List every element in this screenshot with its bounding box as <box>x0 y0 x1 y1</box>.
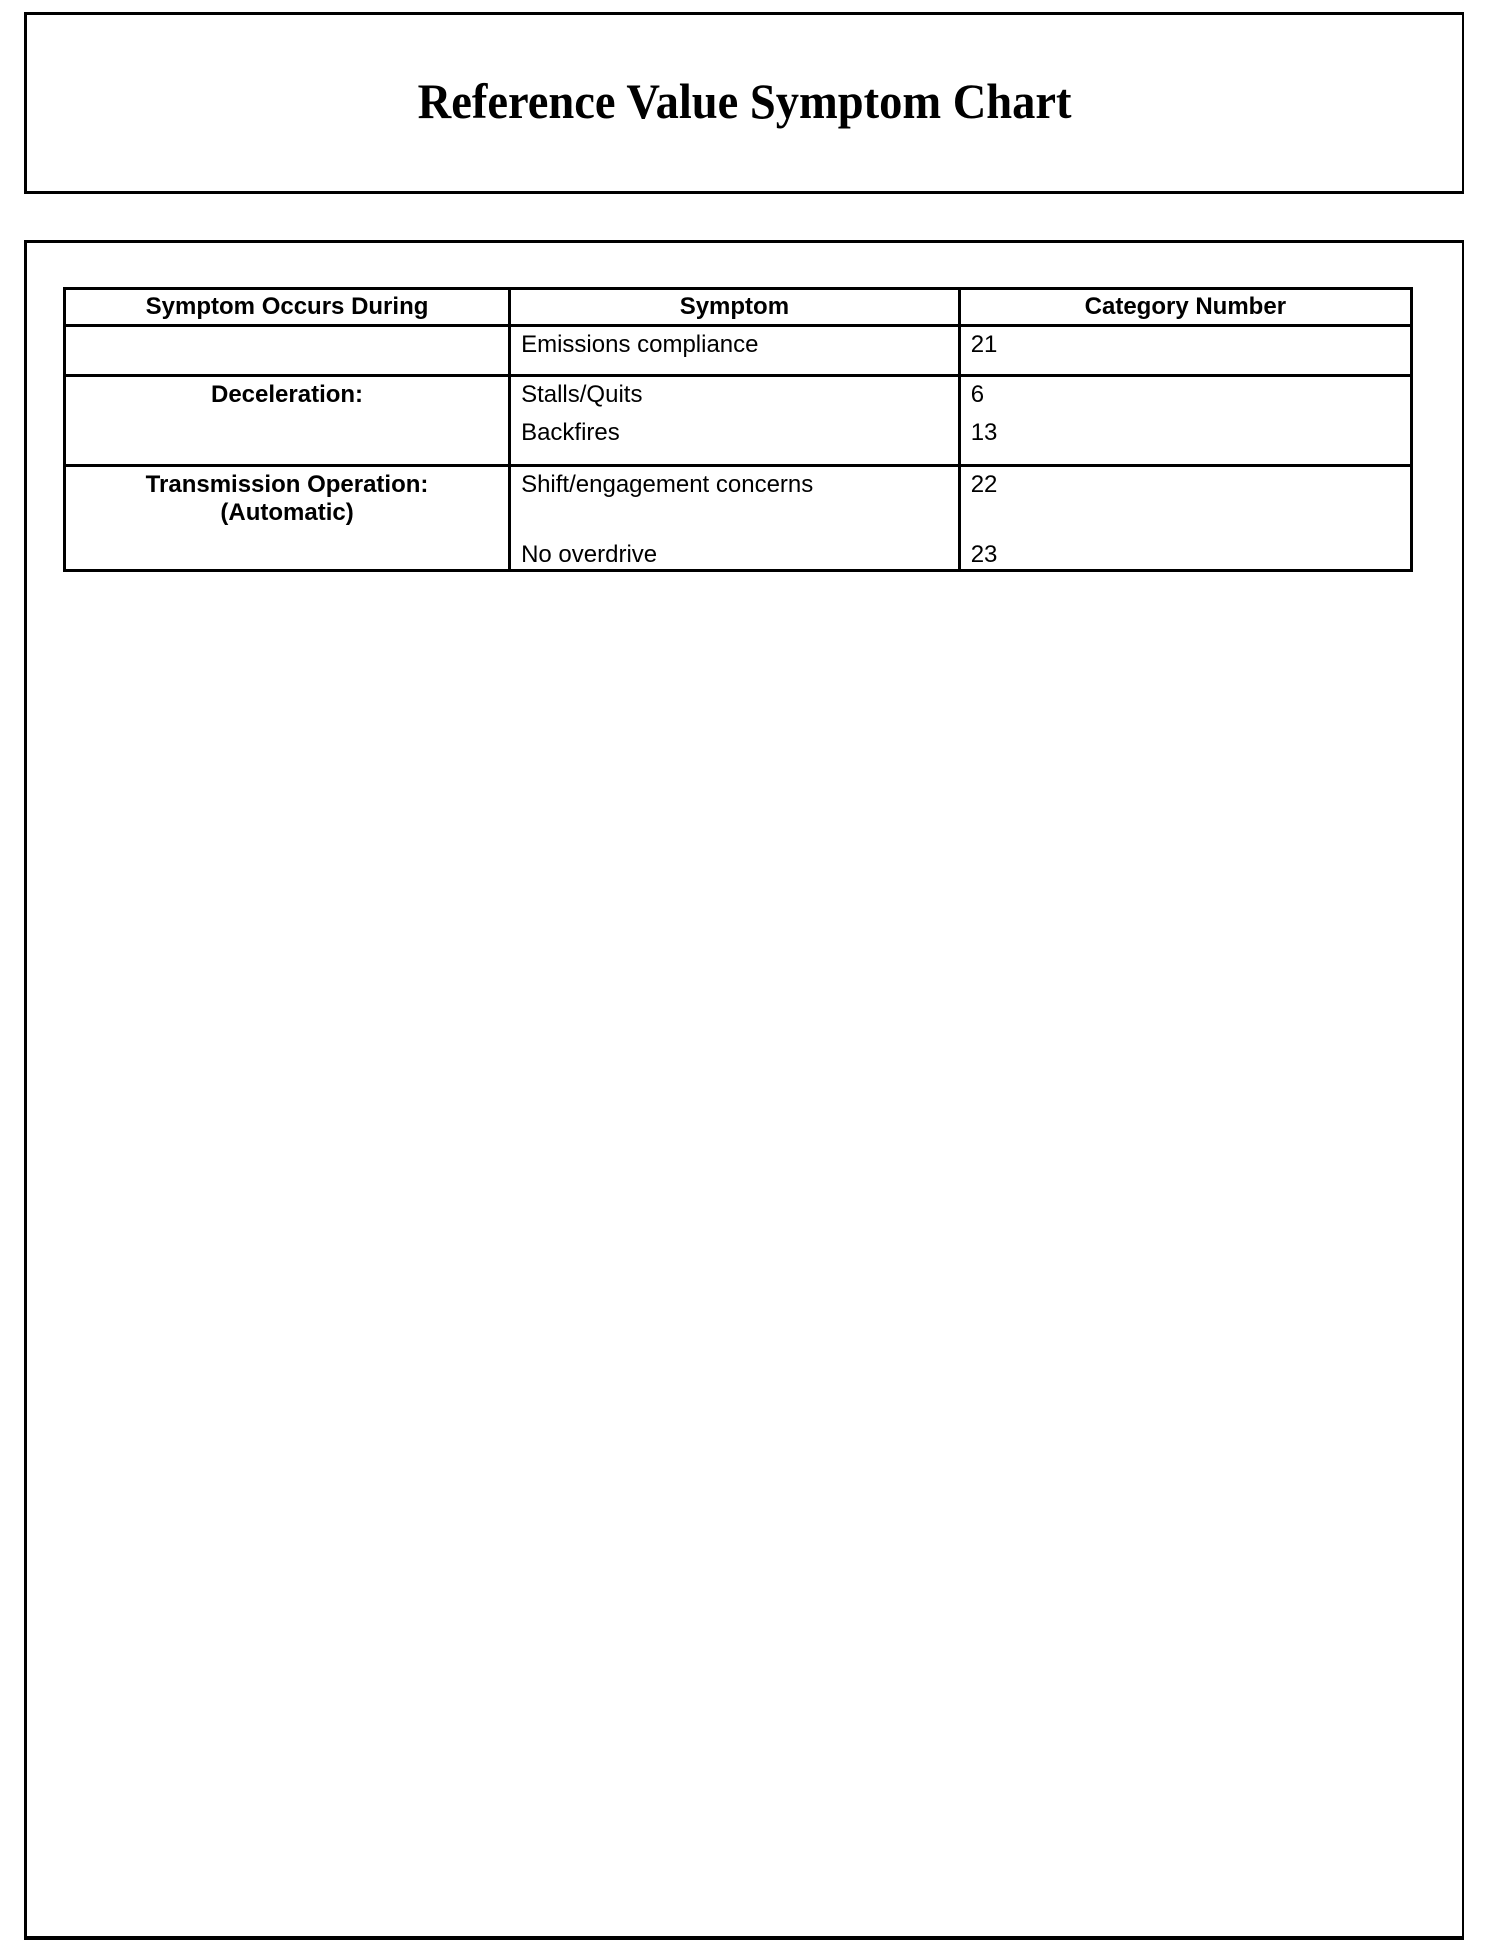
category-cell: 21 <box>959 326 1411 376</box>
category-cell: 22 <box>959 465 1411 531</box>
column-header-occurs-during: Symptom Occurs During <box>65 289 510 326</box>
symptom-cell: No overdrive <box>510 531 960 571</box>
symptom-cell: Shift/engagement concerns <box>510 465 960 531</box>
table-header-row: Symptom Occurs During Symptom Category N… <box>65 289 1412 326</box>
column-header-category-number: Category Number <box>959 289 1411 326</box>
occurs-during-cell: Transmission Operation: (Automatic) <box>65 465 510 571</box>
occurs-during-line: Transmission Operation: <box>66 471 508 499</box>
column-header-symptom: Symptom <box>510 289 960 326</box>
table-row: Transmission Operation: (Automatic) Shif… <box>65 465 1412 531</box>
occurs-during-cell <box>65 326 510 376</box>
category-cell: 23 <box>959 531 1411 571</box>
symptom-cell: Backfires <box>510 419 960 465</box>
content-box: Symptom Occurs During Symptom Category N… <box>24 240 1464 1940</box>
occurs-during-line: (Automatic) <box>66 499 508 527</box>
occurs-during-cell: Deceleration: <box>65 376 510 466</box>
title-box: Reference Value Symptom Chart <box>24 12 1464 194</box>
table-row: Emissions compliance 21 <box>65 326 1412 376</box>
symptom-cell: Emissions compliance <box>510 326 960 376</box>
category-cell: 6 <box>959 376 1411 420</box>
page-title: Reference Value Symptom Chart <box>418 72 1072 130</box>
table-row: Deceleration: Stalls/Quits 6 <box>65 376 1412 420</box>
category-cell: 13 <box>959 419 1411 465</box>
symptom-table: Symptom Occurs During Symptom Category N… <box>63 287 1413 572</box>
symptom-cell: Stalls/Quits <box>510 376 960 420</box>
